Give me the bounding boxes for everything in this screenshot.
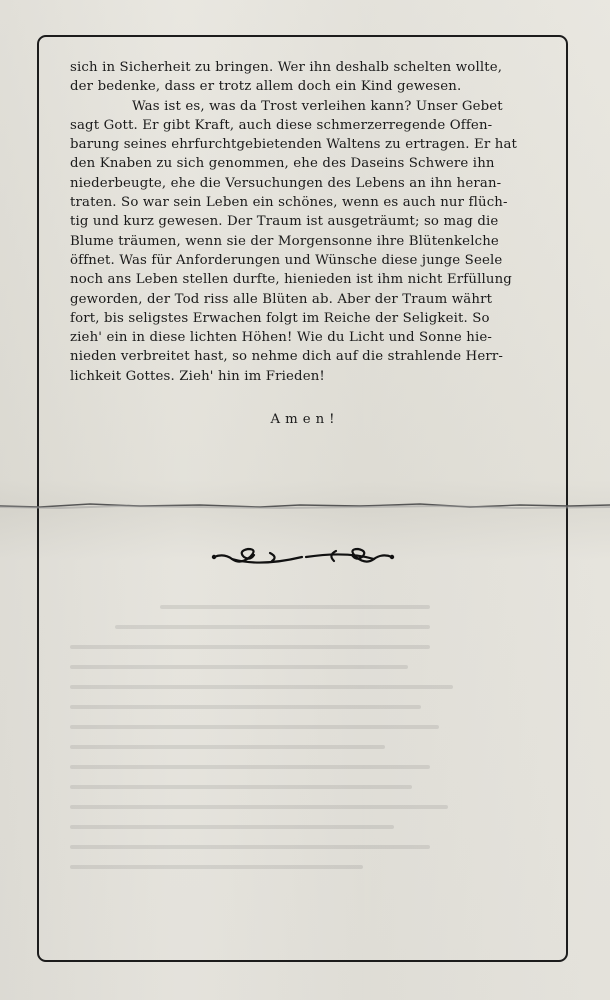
decorative-scroll-ornament-icon — [210, 543, 396, 573]
sermon-body-text: sich in Sicherheit zu bringen. Wer ihn d… — [70, 58, 485, 386]
text-line: Was ist es, was da Trost verleihen kann?… — [70, 97, 485, 116]
text-line: zieh' ein in diese lichten Höhen! Wie du… — [70, 328, 485, 347]
document-page: sich in Sicherheit zu bringen. Wer ihn d… — [0, 0, 610, 1000]
text-line: sagt Gott. Er gibt Kraft, auch diese sch… — [70, 116, 485, 135]
text-line: noch ans Leben stellen durfte, hienieden… — [70, 270, 485, 289]
text-line: barung seines ehrfurchtgebietenden Walte… — [70, 135, 485, 154]
reverse-side-bleed-through — [70, 605, 520, 925]
text-line: niederbeugte, ehe die Versuchungen des L… — [70, 174, 485, 193]
text-line: tig und kurz gewesen. Der Traum ist ausg… — [70, 212, 485, 231]
paper-fold-crease — [0, 500, 610, 512]
text-line: traten. So war sein Leben ein schönes, w… — [70, 193, 485, 212]
text-line: öffnet. Was für Anforderungen und Wünsch… — [70, 251, 485, 270]
text-line: geworden, der Tod riss alle Blüten ab. A… — [70, 290, 485, 309]
text-line: nieden verbreitet hast, so nehme dich au… — [70, 347, 485, 366]
text-line: Blume träumen, wenn sie der Morgensonne … — [70, 232, 485, 251]
text-line: lichkeit Gottes. Zieh' hin im Frieden! — [70, 367, 485, 386]
text-line: fort, bis seligstes Erwachen folgt im Re… — [70, 309, 485, 328]
text-line: der bedenke, dass er trotz allem doch ei… — [70, 77, 485, 96]
text-line: sich in Sicherheit zu bringen. Wer ihn d… — [70, 58, 485, 77]
closing-amen: Amen! — [0, 412, 610, 427]
text-line: den Knaben zu sich genommen, ehe des Das… — [70, 154, 485, 173]
